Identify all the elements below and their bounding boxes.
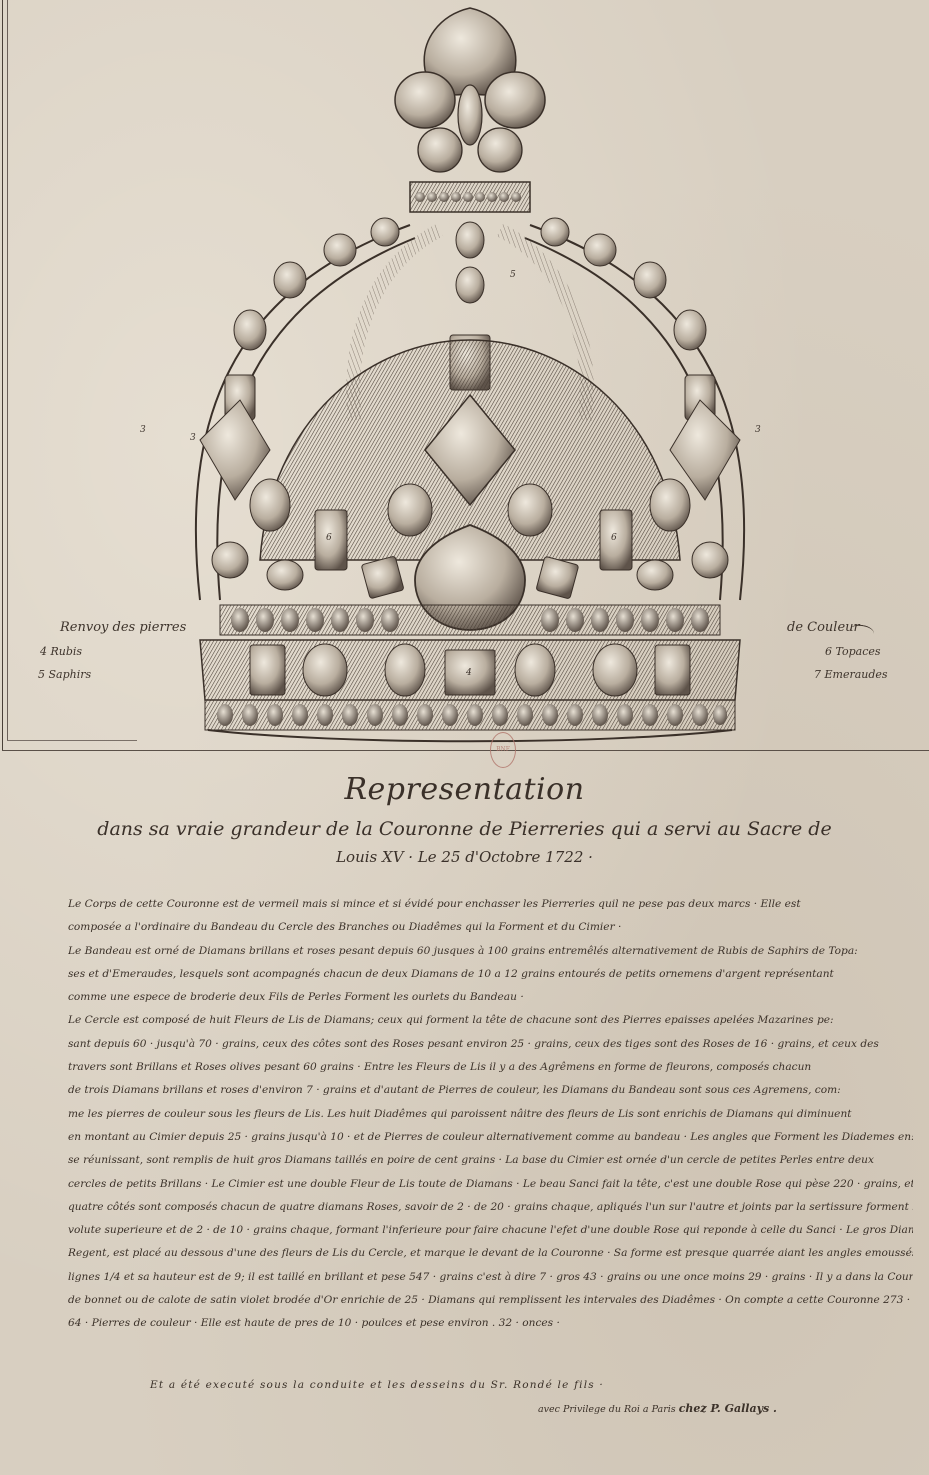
fleur-de-lis-cimier [395,8,545,212]
text-line: sant depuis 60 · jusqu'à 70 · grains, ce… [68,1033,913,1056]
description-text: Le Corps de cette Couronne est de vermei… [68,893,913,1336]
text-line: 64 · Pierres de couleur · Elle est haute… [68,1312,913,1335]
subtitle: dans sa vraie grandeur de la Couronne de… [0,818,929,840]
publisher-imprint: avec Privilege du Roi a Paris chez P. Ga… [538,1402,777,1415]
legend-heading-left: Renvoy des pierres [60,620,186,635]
svg-text:5: 5 [510,270,516,280]
text-line: ses et d'Emeraudes, lesquels sont acompa… [68,963,913,986]
svg-text:3: 3 [190,433,196,443]
svg-text:3: 3 [755,425,761,435]
text-line: Regent, est placé au dessous d'une des f… [68,1242,913,1265]
text-line: composée a l'ordinaire du Bandeau du Cer… [68,916,913,939]
legend-item-saphirs: 5 Saphirs [38,668,91,681]
text-line: travers sont Brillans et Roses olives pe… [68,1056,913,1079]
crown-engraving: 333 566 4 [140,0,800,745]
text-line: de trois Diamans brillans et roses d'env… [68,1079,913,1102]
plate-border-bottom-inner [7,740,137,741]
engraver-credit: Et a été executé sous la conduite et les… [150,1379,604,1391]
library-stamp: BNF [490,732,516,768]
text-line: Le Cercle est composé de huit Fleurs de … [68,1009,913,1032]
legend-item-emeraudes: 7 Emeraudes [814,668,888,681]
plate-border-bottom [2,750,929,751]
legend-item-topaces: 6 Topaces [825,645,881,658]
plate-border-left-inner [7,0,8,740]
subtitle-date: Louis XV · Le 25 d'Octobre 1722 · [0,848,929,866]
svg-text:4: 4 [465,668,472,678]
plate-border-left [2,0,3,750]
text-line: me les pierres de couleur sous les fleur… [68,1103,913,1126]
text-line: Le Corps de cette Couronne est de vermei… [68,893,913,916]
text-line: comme une espece de broderie deux Fils d… [68,986,913,1009]
text-line: de bonnet ou de calote de satin violet b… [68,1289,913,1312]
text-line: lignes 1/4 et sa hauteur est de 9; il es… [68,1266,913,1289]
text-line: quatre côtés sont composés chacun de qua… [68,1196,913,1219]
svg-text:6: 6 [611,533,617,543]
text-line: en montant au Cimier depuis 25 · grains … [68,1126,913,1149]
text-line: cercles de petits Brillans · Le Cimier e… [68,1173,913,1196]
text-line: Le Bandeau est orné de Diamans brillans … [68,940,913,963]
publisher-name: chez P. Gallays . [679,1402,777,1415]
text-line: se réunissant, sont remplis de huit gros… [68,1149,913,1172]
text-line: volute superieure et de 2 · de 10 · grai… [68,1219,913,1242]
legend-item-rubis: 4 Rubis [40,645,82,658]
privilege-text: avec Privilege du Roi a Paris [538,1404,676,1415]
svg-text:3: 3 [140,425,146,435]
svg-text:6: 6 [326,533,332,543]
page-title: Representation [0,772,929,807]
